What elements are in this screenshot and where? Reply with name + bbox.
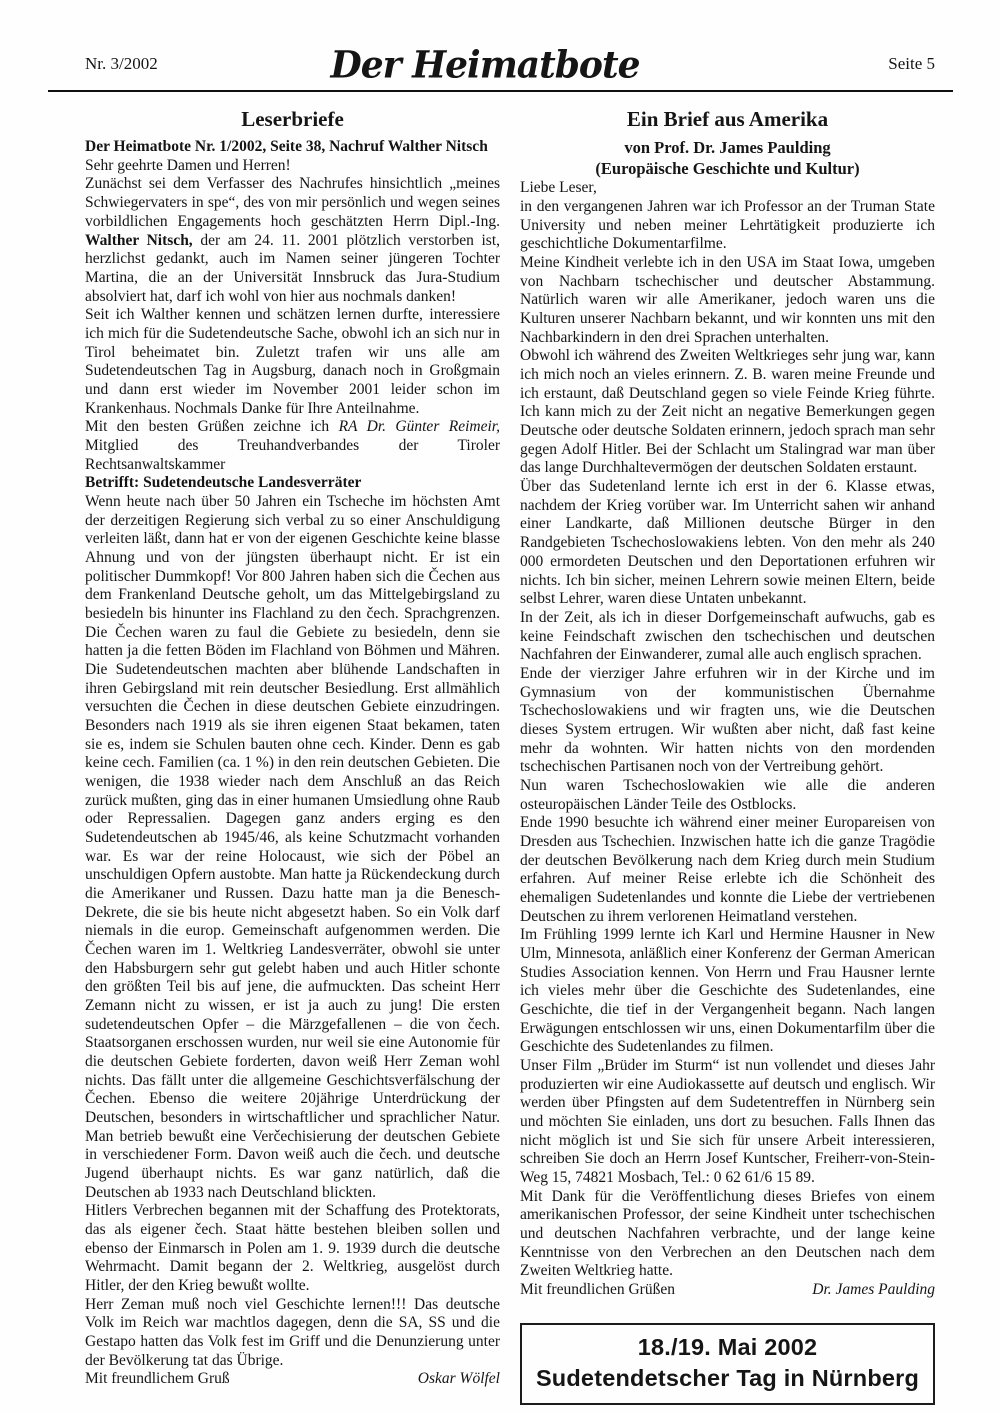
letter-heading: Betrifft: Sudetendeutsche Landesverräter [85, 474, 500, 493]
signature-inline: RA Dr. Günter Reimeir, [339, 418, 500, 435]
letter-salutation: Liebe Leser, [520, 179, 935, 198]
letter-paragraph: In der Zeit, als ich in dieser Dorfgemei… [520, 609, 935, 665]
letters-column: Leserbriefe Der Heimatbote Nr. 1/2002, S… [85, 107, 500, 1389]
announcement-box: 18./19. Mai 2002 Sudetendetscher Tag in … [520, 1323, 935, 1405]
letter-paragraph: Obwohl ich während des Zweiten Weltkrieg… [520, 347, 935, 478]
newspaper-page: Nr. 3/2002 Der Heimatbote Seite 5 Leserb… [0, 0, 1000, 1412]
letter-salutation: Sehr geehrte Damen und Herren! [85, 157, 500, 176]
letter-closing: Mit freundlichem Gruß [85, 1370, 230, 1389]
letter-paragraph: Mit den besten Grüßen zeichne ich RA Dr.… [85, 418, 500, 474]
letter-paragraph: Seit ich Walther kennen und schätzen ler… [85, 306, 500, 418]
letter-paragraph: Unser Film „Brüder im Sturm“ ist nun vol… [520, 1057, 935, 1188]
announcement-date: 18./19. Mai 2002 [526, 1332, 929, 1363]
paragraph-text: Mit den besten Grüßen zeichne ich [85, 418, 339, 435]
announcement-event: Sudetendetscher Tag in Nürnberg [526, 1363, 929, 1394]
letter-paragraph: Im Frühling 1999 lernte ich Karl und Her… [520, 926, 935, 1057]
letter-paragraph: Hitlers Verbrechen begannen mit der Scha… [85, 1202, 500, 1295]
page-number: Seite 5 [888, 54, 935, 74]
letter-paragraph: Über das Sudetenland lernte ich erst in … [520, 478, 935, 609]
page-header: Nr. 3/2002 Der Heimatbote Seite 5 [0, 0, 1000, 90]
content-columns: Leserbriefe Der Heimatbote Nr. 1/2002, S… [0, 92, 1000, 1405]
paragraph-text: Zunächst sei dem Verfasser des Nachrufes… [85, 175, 500, 229]
america-letter-column: Ein Brief aus Amerika von Prof. Dr. Jame… [520, 107, 935, 1405]
letter-paragraph: Mit Dank für die Veröffentlichung dieses… [520, 1188, 935, 1281]
letter-heading: Der Heimatbote Nr. 1/2002, Seite 38, Nac… [85, 138, 500, 157]
letter-paragraph: Zunächst sei dem Verfasser des Nachrufes… [85, 175, 500, 306]
letter-paragraph: Wenn heute nach über 50 Jahren ein Tsche… [85, 493, 500, 1203]
person-name-bold: Walther Nitsch, [85, 232, 193, 249]
letter-paragraph: Nun waren Tschechoslowakien wie alle die… [520, 777, 935, 814]
letter-signature: Oskar Wölfel [418, 1370, 500, 1389]
letter-signature: Dr. James Paulding [812, 1281, 935, 1300]
paragraph-text: Mitglied des Treuhandverbandes der Tirol… [85, 437, 500, 473]
byline: von Prof. Dr. James Paulding [520, 138, 935, 159]
byline-subtitle: (Europäische Geschichte und Kultur) [520, 159, 935, 180]
letter-paragraph: Meine Kindheit verlebte ich in den USA i… [520, 254, 935, 347]
letter-paragraph: Ende 1990 besuchte ich während einer mei… [520, 814, 935, 926]
letter-closing: Mit freundlichen Grüßen [520, 1281, 675, 1300]
signature-row: Mit freundlichen Grüßen Dr. James Pauldi… [520, 1281, 935, 1300]
masthead: Der Heimatbote [0, 43, 970, 87]
letter-paragraph: in den vergangenen Jahren war ich Profes… [520, 198, 935, 254]
letter-paragraph: Ende der vierziger Jahre erfuhren wir in… [520, 665, 935, 777]
letter-nitsch: Der Heimatbote Nr. 1/2002, Seite 38, Nac… [85, 138, 500, 474]
section-title-brief-aus-amerika: Ein Brief aus Amerika [520, 107, 935, 131]
letter-paragraph: Herr Zeman muß noch viel Geschichte lern… [85, 1296, 500, 1371]
letter-landesverraeter: Betrifft: Sudetendeutsche Landesverräter… [85, 474, 500, 1389]
signature-row: Mit freundlichem Gruß Oskar Wölfel [85, 1370, 500, 1389]
section-title-leserbriefe: Leserbriefe [85, 107, 500, 131]
